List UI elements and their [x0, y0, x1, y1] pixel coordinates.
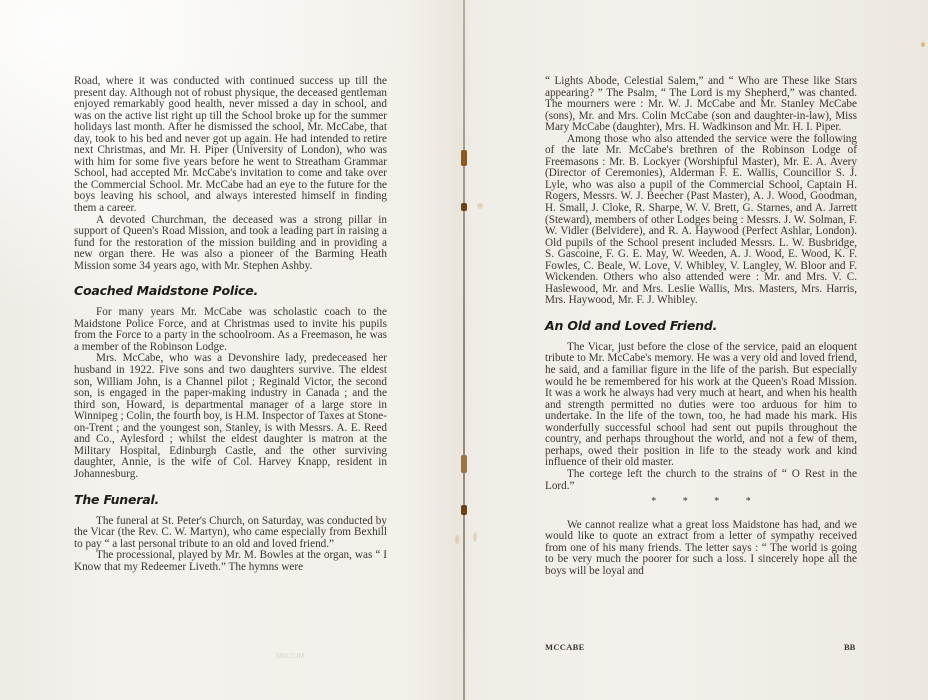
staple-rust-upper	[461, 203, 467, 211]
body-paragraph: Among those who also attended the servic…	[545, 134, 857, 307]
body-paragraph: A devoted Churchman, the deceased was a …	[74, 215, 387, 273]
foxing-spot	[921, 42, 925, 47]
section-break-asterisks: * * * *	[545, 496, 857, 508]
body-paragraph: The cortege left the church to the strai…	[545, 469, 857, 492]
foxing-spot	[455, 535, 459, 544]
staple-bottom	[461, 455, 467, 473]
body-paragraph: The processional, played by Mr. M. Bowle…	[74, 550, 387, 573]
body-paragraph: We cannot realize what a great loss Maid…	[545, 520, 857, 578]
body-paragraph: Road, where it was conducted with contin…	[74, 76, 387, 215]
section-heading-funeral: The Funeral.	[74, 493, 387, 507]
body-paragraph: The Vicar, just before the close of the …	[545, 342, 857, 469]
foxing-spot	[473, 532, 477, 542]
staple-top	[461, 150, 467, 166]
footer-name: MCCABE	[545, 642, 585, 652]
right-page: “ Lights Abode, Celestial Salem,” and “ …	[545, 76, 857, 577]
body-paragraph: For many years Mr. McCabe was scholastic…	[74, 307, 387, 353]
body-paragraph: “ Lights Abode, Celestial Salem,” and “ …	[545, 76, 857, 134]
foxing-spot	[477, 203, 483, 209]
body-paragraph: The funeral at St. Peter's Church, on Sa…	[74, 516, 387, 551]
section-heading-friend: An Old and Loved Friend.	[545, 319, 857, 333]
left-page: Road, where it was conducted with contin…	[74, 76, 387, 573]
body-paragraph: Mrs. McCabe, who was a Devonshire lady, …	[74, 353, 387, 480]
signature-mark: BB	[844, 642, 855, 652]
center-fold-gutter	[463, 0, 465, 700]
bleed-through-text: MCCABE	[275, 652, 305, 660]
staple-rust-lower	[461, 505, 467, 515]
section-heading-police: Coached Maidstone Police.	[74, 284, 387, 298]
